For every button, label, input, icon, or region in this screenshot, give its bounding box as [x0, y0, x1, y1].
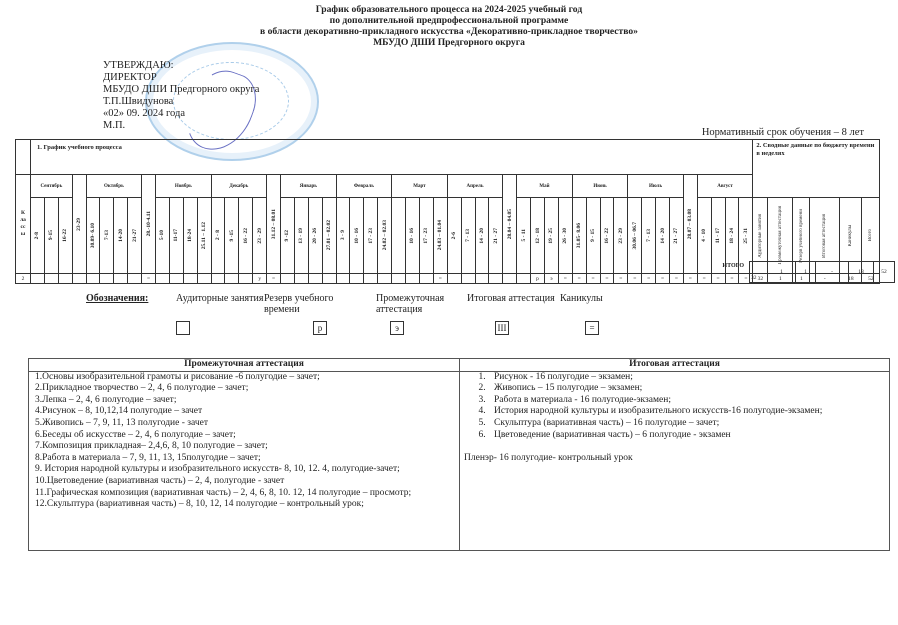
- itogo-value-cell: 1: [796, 262, 816, 283]
- week-label: 9 - 15: [590, 229, 596, 242]
- week-label: 26 - 30: [562, 228, 568, 244]
- legend-label: Промежуточная аттестация: [376, 293, 466, 315]
- week-mark-cell: [169, 274, 183, 284]
- standalone-week-cell: 31.12 – 08.01: [267, 175, 281, 274]
- summary-header: Всего: [868, 229, 873, 241]
- week-mark-cell: [350, 274, 364, 284]
- final-attestation-header: Итоговая аттестация: [460, 359, 890, 372]
- title-line: МБУДО ДШИ Предгорного округа: [0, 37, 898, 48]
- week-mark-cell: [322, 274, 336, 284]
- intermediate-attestation-item: 8.Работа в материала – 7, 9, 11, 13, 15п…: [35, 453, 455, 465]
- class-cell: 2: [16, 274, 31, 284]
- itogo-value-cell: 18: [849, 262, 874, 283]
- summary-header: Резерв учебного времени: [799, 209, 804, 263]
- legend-symbol-box: [176, 321, 190, 335]
- week-label: 28.07 – 03.08: [687, 209, 693, 239]
- week-mark-cell: =: [669, 274, 683, 284]
- week-mark-cell: [517, 274, 531, 284]
- week-label: 14 - 20: [660, 228, 666, 244]
- legend-label: Каникулы: [560, 293, 650, 304]
- summary-header: Аудиторные занятия: [758, 214, 763, 258]
- standalone-week-cell: 28.07 – 03.08: [683, 175, 697, 274]
- standalone-week-cell: 28.04 – 04.05: [503, 175, 517, 274]
- final-attestation-item: Живопись – 15 полугодие – экзамен;: [488, 383, 885, 395]
- week-mark-cell: [378, 274, 392, 284]
- month-header: Сентябрь: [31, 175, 73, 198]
- week-label: 21 - 27: [673, 228, 679, 244]
- week-label: 7 - 13: [646, 229, 652, 242]
- week-mark-cell: =: [614, 274, 628, 284]
- week-label: 24.03 – 01.04: [437, 220, 443, 250]
- week-label: 23-29: [76, 218, 82, 231]
- month-header: Август: [697, 175, 753, 198]
- approval-line: Т.П.Швидунова: [103, 96, 259, 108]
- week-mark-cell: [406, 274, 420, 284]
- legend-symbol-box: э: [390, 321, 404, 335]
- intermediate-attestation-item: 1.Основы изобразительной грамоты и рисов…: [35, 372, 455, 384]
- standalone-week-cell: 23-29: [72, 175, 86, 274]
- approval-line: М.П.: [103, 120, 259, 132]
- intermediate-attestation-item: 3.Лепка – 2, 4, 6 полугодие – зачет;: [35, 395, 455, 407]
- week-mark-cell: =: [558, 274, 572, 284]
- week-label: 11 - 17: [715, 228, 721, 243]
- week-mark-cell: =: [586, 274, 600, 284]
- week-label: 2-8: [34, 232, 40, 239]
- month-header: Декабрь: [211, 175, 267, 198]
- week-label: 20 - 26: [312, 228, 318, 244]
- approval-block: УТВЕРЖДАЮ: ДИРЕКТОР МБУДО ДШИ Предгорног…: [103, 60, 259, 132]
- week-label: 27.01 – 02.02: [326, 220, 332, 250]
- itogo-value-cell: 32: [750, 262, 768, 283]
- week-mark-cell: =: [600, 274, 614, 284]
- week-label: 16-22: [62, 229, 68, 242]
- week-label: 9 -12: [284, 230, 290, 241]
- week-label: 19 - 25: [548, 228, 554, 244]
- document-title: График образовательного процесса на 2024…: [0, 4, 898, 48]
- week-label: 2-6: [451, 232, 457, 239]
- final-attestation-item: Скульптура (вариативная часть) – 16 полу…: [488, 418, 885, 430]
- week-mark-cell: [100, 274, 114, 284]
- itogo-row: ИТОГО: [15, 262, 748, 274]
- title-line: по дополнительной предпрофессиональной п…: [0, 15, 898, 26]
- approval-line: МБУДО ДШИ Предгорного округа: [103, 84, 259, 96]
- week-mark-cell: [114, 274, 128, 284]
- week-label: 18 - 24: [729, 228, 735, 244]
- week-mark-cell: =: [267, 274, 281, 284]
- week-mark-cell: [72, 274, 86, 284]
- week-mark-cell: [475, 274, 489, 284]
- week-mark-cell: р: [531, 274, 545, 284]
- legend-caption: Обозначения:: [86, 293, 148, 304]
- summary-header: Каникулы: [848, 225, 853, 246]
- week-label: 18-24: [187, 229, 193, 242]
- week-label: 17 - 23: [368, 228, 374, 244]
- week-mark-cell: [183, 274, 197, 284]
- week-mark-cell: =: [725, 274, 739, 284]
- legend: Обозначения: Аудиторные занятияРезерв уч…: [0, 293, 898, 338]
- month-header: Ноябрь: [156, 175, 212, 198]
- week-mark-cell: [156, 274, 170, 284]
- week-label: 16 - 22: [243, 228, 249, 244]
- week-mark-cell: [336, 274, 350, 284]
- final-attestation-cell: Рисунок - 16 полугодие – экзамен;Живопис…: [460, 371, 890, 550]
- week-label: 10 - 16: [354, 228, 360, 244]
- week-label: 25.11 – 1.12: [201, 222, 207, 249]
- week-mark-cell: [364, 274, 378, 284]
- week-label: 30.06 – 06.7: [632, 222, 638, 250]
- week-mark-cell: [225, 274, 239, 284]
- week-mark-cell: =: [642, 274, 656, 284]
- intermediate-attestation-header: Промежуточная аттестация: [29, 359, 460, 372]
- week-label: 13 - 19: [298, 228, 304, 244]
- week-label: 2 - 8: [215, 230, 221, 240]
- week-mark-cell: [239, 274, 253, 284]
- final-attestation-item: Рисунок - 16 полугодие – экзамен;: [488, 372, 885, 384]
- intermediate-attestation-list: 1.Основы изобразительной грамоты и рисов…: [29, 371, 460, 550]
- week-mark-cell: [31, 274, 45, 284]
- itogo-value-cell: 1: [768, 262, 796, 283]
- intermediate-attestation-item: 5.Живопись – 7, 9, 11, 13 полугодие - за…: [35, 418, 455, 430]
- week-mark-cell: =: [656, 274, 670, 284]
- week-label: 16 - 22: [604, 228, 610, 244]
- week-label: 31.05- 8.06: [576, 223, 582, 248]
- week-mark-cell: [197, 274, 211, 284]
- week-mark-cell: [392, 274, 406, 284]
- week-mark-cell: у: [253, 274, 267, 284]
- legend-symbol-box: р: [313, 321, 327, 335]
- week-label: 9 -15: [229, 230, 235, 241]
- week-mark-cell: [308, 274, 322, 284]
- approval-line: УТВЕРЖДАЮ:: [103, 60, 259, 72]
- plenair-note: Пленэр- 16 полугодие- контрольный урок: [464, 453, 885, 465]
- week-label: 28.-10-4.11: [146, 211, 152, 236]
- week-label: 21 - 27: [493, 228, 499, 244]
- week-mark-cell: =: [628, 274, 642, 284]
- itogo-value-cell: 52: [874, 262, 895, 283]
- intermediate-attestation-item: 7.Композиция прикладная– 2,4,6, 8, 10 по…: [35, 441, 455, 453]
- normative-term: Нормативный срок обучения – 8 лет: [702, 127, 864, 138]
- week-mark-cell: =: [683, 274, 697, 284]
- week-label: 14 - 20: [479, 228, 485, 244]
- week-label: 12 - 18: [535, 228, 541, 244]
- summary-header: Итоговая аттестация: [822, 214, 827, 258]
- summary-header: Промежуточная аттестация: [778, 206, 783, 264]
- itogo-summary: 3211-1852: [749, 261, 895, 283]
- month-header: Октябрь: [86, 175, 142, 198]
- intermediate-attestation-item: 11.Графическая композиция (вариативная ч…: [35, 488, 455, 500]
- intermediate-attestation-item: 4.Рисунок – 8, 10,12,14 полугодие – заче…: [35, 406, 455, 418]
- title-line: в области декоративно-прикладного искусс…: [0, 26, 898, 37]
- week-label: 7 - 13: [465, 229, 471, 242]
- week-label: 28.04 – 04.05: [507, 209, 513, 239]
- week-mark-cell: [58, 274, 72, 284]
- intermediate-attestation-item: 10.Цветоведение (вариативная часть) – 2,…: [35, 476, 455, 488]
- title-line: График образовательного процесса на 2024…: [0, 4, 898, 15]
- class-header-cell: Классы: [16, 175, 31, 274]
- week-mark-cell: [294, 274, 308, 284]
- week-label: 14-20: [118, 229, 124, 242]
- week-mark-cell: [419, 274, 433, 284]
- week-label: 31.12 – 08.01: [271, 209, 277, 239]
- week-label: 17 - 23: [423, 228, 429, 244]
- week-label: 30.09- 6.10: [90, 223, 96, 248]
- week-mark-cell: [461, 274, 475, 284]
- legend-label: Резерв учебного времени: [264, 293, 354, 315]
- week-mark-cell: [44, 274, 58, 284]
- itogo-label: ИТОГО: [722, 263, 744, 269]
- week-label: 23 - 29: [257, 228, 263, 244]
- week-mark-cell: [489, 274, 503, 284]
- final-attestation-list: Рисунок - 16 полугодие – экзамен;Живопис…: [464, 372, 885, 442]
- week-label: 3 - 9: [340, 230, 346, 240]
- legend-symbol-box: =: [585, 321, 599, 335]
- week-mark-cell: =: [697, 274, 711, 284]
- week-mark-cell: [503, 274, 517, 284]
- week-label: 9-15: [48, 230, 54, 240]
- final-attestation-item: Работа в материала - 16 полугодие-экзаме…: [488, 395, 885, 407]
- legend-label: Итоговая аттестация: [467, 293, 557, 304]
- approval-line: ДИРЕКТОР: [103, 72, 259, 84]
- week-label: 11-17: [173, 229, 179, 242]
- week-mark-cell: [128, 274, 142, 284]
- final-attestation-item: История народной культуры и изобразитель…: [488, 406, 885, 418]
- intermediate-attestation-item: 2.Прикладное творчество – 2, 4, 6 полуго…: [35, 383, 455, 395]
- week-label: 5-10: [159, 230, 165, 240]
- month-header: Июль: [628, 175, 684, 198]
- week-mark-cell: [211, 274, 225, 284]
- summary-section-title: 2. Сводные данные по бюджету времени в н…: [753, 140, 880, 198]
- attestation-table: Промежуточная аттестация Итоговая аттест…: [28, 358, 890, 551]
- week-mark-cell: =: [433, 274, 447, 284]
- month-header: Март: [392, 175, 448, 198]
- month-header: Февраль: [336, 175, 392, 198]
- week-mark-cell: =: [711, 274, 725, 284]
- week-label: 10 - 16: [409, 228, 415, 244]
- week-label: 5 - 11: [521, 229, 527, 242]
- month-header: Январь: [281, 175, 337, 198]
- week-label: 21-27: [132, 229, 138, 242]
- week-mark-cell: [281, 274, 295, 284]
- final-attestation-item: Цветоведение (вариативная часть) – 6 пол…: [488, 430, 885, 442]
- standalone-week-cell: 28.-10-4.11: [142, 175, 156, 274]
- week-mark-cell: э: [544, 274, 558, 284]
- week-mark-cell: =: [572, 274, 586, 284]
- legend-symbol-box: III: [495, 321, 509, 335]
- week-label: 25 - 31: [743, 228, 749, 244]
- class-header: Классы: [20, 210, 26, 238]
- week-mark-cell: [447, 274, 461, 284]
- intermediate-attestation-item: 9. История народной культуры и изобразит…: [35, 464, 455, 476]
- intermediate-attestation-item: 6.Беседы об искусстве – 2, 4, 6 полугоди…: [35, 430, 455, 442]
- itogo-value-cell: -: [816, 262, 849, 283]
- week-label: 4 - 10: [701, 229, 707, 242]
- month-header: Июнь: [572, 175, 628, 198]
- week-label: 23 - 29: [618, 228, 624, 244]
- month-header: Апрель: [447, 175, 503, 198]
- week-mark-cell: =: [142, 274, 156, 284]
- legend-label: Аудиторные занятия: [176, 293, 266, 304]
- week-label: 24.02 – 02.03: [382, 220, 388, 250]
- week-mark-cell: [86, 274, 100, 284]
- approval-line: «02» 09. 2024 года: [103, 108, 259, 120]
- corner-cell: [16, 140, 31, 175]
- week-label: 7-13: [104, 230, 110, 240]
- month-header: Май: [517, 175, 573, 198]
- schedule-section-title: 1. График учебного процесса: [31, 140, 753, 175]
- intermediate-attestation-item: 12.Скульптура (вариативная часть) – 8, 1…: [35, 499, 455, 511]
